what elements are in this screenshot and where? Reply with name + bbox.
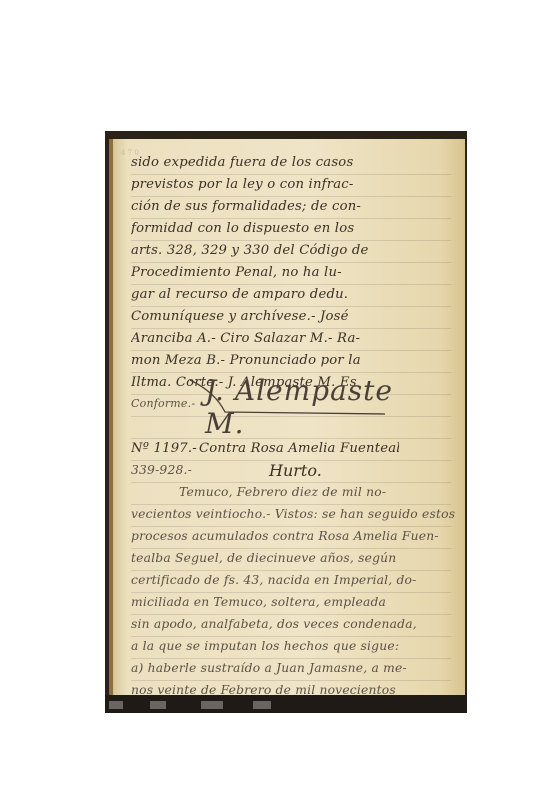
scanned-ledger-page: 4 7 0 sido expedida fuera de los casos p…	[105, 131, 467, 713]
page-edge-mark	[253, 701, 271, 709]
paper-page: 4 7 0 sido expedida fuera de los casos p…	[109, 139, 465, 695]
page-edge-mark	[109, 701, 123, 709]
signature: J. Alempaste M.	[185, 372, 395, 417]
text-line: gar al recurso de amparo dedu.	[131, 287, 456, 302]
text-line: arts. 328, 329 y 330 del Código de	[131, 243, 456, 258]
text-line: a) haberle sustraído a Juan Jamasne, a m…	[131, 661, 456, 675]
case-reference: 339-928.-	[131, 463, 201, 477]
text-line: procesos acumulados contra Rosa Amelia F…	[131, 529, 456, 543]
text-line: Temuco, Febrero diez de mil no-	[179, 485, 454, 499]
text-line: sin apodo, analfabeta, dos veces condena…	[131, 617, 456, 631]
text-line: tealba Seguel, de diecinueve años, según	[131, 551, 456, 565]
text-line: formidad con lo dispuesto en los	[131, 221, 456, 236]
case-title: Contra Rosa Amelia Fuentealba.	[199, 441, 399, 456]
text-line: ción de sus formalidades; de con-	[131, 199, 456, 214]
text-line: vecientos veintiocho.- Vistos: se han se…	[131, 507, 456, 521]
binding-edge	[109, 139, 113, 695]
page-edge-mark	[201, 701, 223, 709]
text-line: Aranciba A.- Ciro Salazar M.- Ra-	[131, 331, 456, 346]
case-subject: Hurto.	[269, 461, 322, 480]
text-line: mon Meza B.- Pronunciado por la	[131, 353, 456, 368]
page-edge-mark	[150, 701, 166, 709]
case-number: Nº 1197.-	[131, 441, 201, 456]
text-line: previstos por la ley o con infrac-	[131, 177, 456, 192]
text-line: certificado de fs. 43, nacida en Imperia…	[131, 573, 456, 587]
text-line: sido expedida fuera de los casos	[131, 155, 456, 170]
text-line: nos veinte de Febrero de mil novecientos	[131, 683, 456, 695]
signature-flourish	[185, 372, 395, 417]
text-line: Comuníquese y archívese.- José	[131, 309, 456, 324]
text-line: miciliada en Temuco, soltera, empleada	[131, 595, 456, 609]
scan-bottom-edge	[105, 695, 467, 713]
text-line: Procedimiento Penal, no ha lu-	[131, 265, 456, 280]
text-line: a la que se imputan los hechos que sigue…	[131, 639, 456, 653]
